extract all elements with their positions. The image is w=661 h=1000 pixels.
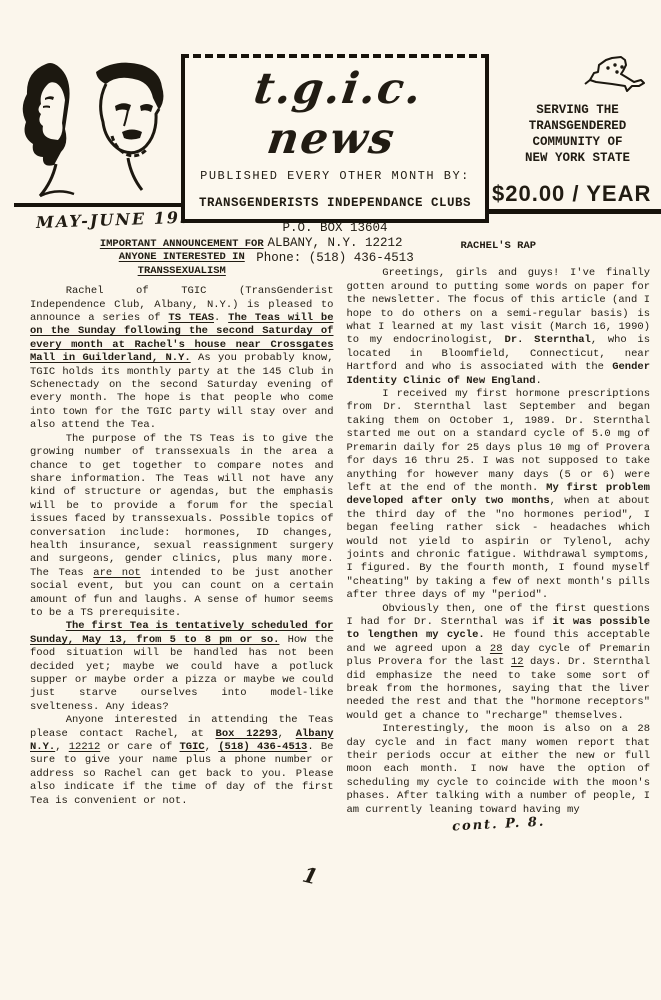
serving-line-1: SERVING THE [496,102,659,118]
text-run: 28 [490,643,503,655]
text-run: 12 [511,656,524,668]
two-faces-illustration [12,56,180,204]
text-run: . [536,375,542,387]
org-name: TRANSGENDERISTS INDEPENDANCE CLUBS [185,196,485,210]
published-line: PUBLISHED EVERY OTHER MONTH BY: [185,169,485,183]
paragraph: The first Tea is tentatively scheduled f… [30,620,334,714]
paragraph: Interestingly, the moon is also on a 28 … [347,723,651,817]
left-article-heading: IMPORTANT ANNOUNCEMENT FOR ANYONE INTERE… [30,238,334,278]
two-faces-icon [12,56,180,204]
article-columns: IMPORTANT ANNOUNCEMENT FOR ANYONE INTERE… [0,238,661,831]
left-column: IMPORTANT ANNOUNCEMENT FOR ANYONE INTERE… [30,238,334,831]
serving-line-2: TRANSGENDERED [496,118,659,134]
serving-tagline: SERVING THE TRANSGENDERED COMMUNITY OF N… [496,102,659,166]
address-line-1: P.O. BOX 13604 [185,221,485,236]
masthead: MAY-JUNE 1990 t.g.i.c. news PUBLISHED EV… [0,0,661,238]
heading-line-1: IMPORTANT ANNOUNCEMENT FOR [30,238,334,251]
text-run: TGIC [180,741,205,753]
paragraph: Anyone interested in attending the Teas … [30,714,334,808]
paragraph: I received my first hormone prescription… [347,388,651,603]
paragraph: Rachel of TGIC (TransGenderist Independe… [30,285,334,432]
handwritten-page-number: 1 [300,862,320,890]
left-column-body: Rachel of TGIC (TransGenderist Independe… [30,285,334,808]
text-run: or care of [100,741,179,753]
subscription-price: $20.00 / YEAR [492,181,661,207]
masthead-title-box: t.g.i.c. news PUBLISHED EVERY OTHER MONT… [181,54,489,223]
text-run: Interestingly, the moon is also on a 28 … [347,723,651,815]
newsletter-title: t.g.i.c. news [178,64,492,164]
text-run: TS TEAS [168,312,214,324]
masthead-rule-right [488,209,661,214]
serving-line-3: COMMUNITY OF [496,134,659,150]
serving-line-4: NEW YORK STATE [496,150,659,166]
text-run: , [278,728,296,740]
paragraph: The purpose of the TS Teas is to give th… [30,433,334,621]
masthead-rule-left [14,203,182,207]
new-york-state-icon [582,50,648,103]
text-run: are not [93,567,140,579]
paragraph: Greetings, girls and guys! I've finally … [347,267,651,388]
heading-line-3: TRANSSEXUALISM [30,265,334,278]
text-run: , [205,741,219,753]
text-run: , [55,741,69,753]
text-run: . [214,312,228,324]
text-run: The purpose of the TS Teas is to give th… [30,433,334,579]
text-run: Box 12293 [216,728,278,740]
text-run: (518) 436-4513 [218,741,307,753]
right-article-heading: RACHEL'S RAP [347,240,651,253]
right-column: RACHEL'S RAP Greetings, girls and guys! … [347,238,651,831]
text-run: , when at about the third day of the "no… [347,495,651,601]
text-run: I received my first hormone prescription… [347,388,651,494]
newsletter-page: MAY-JUNE 1990 t.g.i.c. news PUBLISHED EV… [0,0,661,1000]
text-run: 12212 [69,741,101,753]
right-column-body: Greetings, girls and guys! I've finally … [347,267,651,817]
text-run: Dr. Sternthal [505,334,591,346]
paragraph: Obviously then, one of the first questio… [347,603,651,724]
heading-line-2: ANYONE INTERESTED IN [30,251,334,264]
